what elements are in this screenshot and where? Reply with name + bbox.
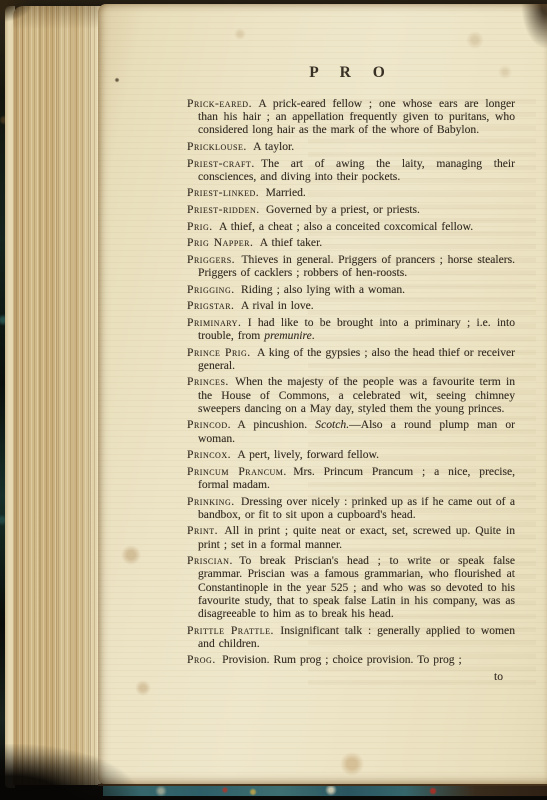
entry-definition-text: I had like to be brought into a priminar… bbox=[198, 316, 515, 342]
dictionary-entry: Priminary.I had like to be brought into … bbox=[187, 316, 515, 342]
entry-definition-text: Dressing over nicely : prinked up as if … bbox=[198, 495, 515, 521]
entry-definition-italic: Scotch. bbox=[315, 418, 349, 431]
entry-term: Print. bbox=[187, 524, 218, 537]
dictionary-entry: Prittle Prattle.Insignificant talk : gen… bbox=[187, 624, 515, 650]
dictionary-entry: Pricklouse.A taylor. bbox=[187, 140, 515, 153]
text-column: Prick-eared.A prick-eared fellow ; one w… bbox=[187, 97, 515, 683]
entry-definition-text: . bbox=[312, 329, 315, 342]
catchword: to bbox=[187, 670, 515, 683]
dictionary-entry: Princod.A pincushion. Scotch.—Also a rou… bbox=[187, 418, 515, 444]
entry-term: Priest-ridden. bbox=[187, 203, 260, 216]
dictionary-entry: Priest-linked.Married. bbox=[187, 186, 515, 199]
entry-definition-text: Provision. Rum prog ; choice provision. … bbox=[222, 653, 462, 666]
dictionary-entry: Prinking.Dressing over nicely : prinked … bbox=[187, 495, 515, 521]
entry-term: Prinking. bbox=[187, 495, 235, 508]
entry-definition-text: A thief taker. bbox=[260, 236, 322, 249]
binding-bottom-shadow bbox=[0, 744, 140, 800]
entry-definition-text: When the majesty of the people was a fav… bbox=[198, 375, 515, 414]
entry-term: Prig. bbox=[187, 220, 213, 233]
dictionary-entry: Prig.A thief, a cheat ; also a conceited… bbox=[187, 220, 515, 233]
entry-term: Prittle Prattle. bbox=[187, 624, 274, 637]
entry-term: Priscian. bbox=[187, 554, 233, 567]
entry-term: Prick-eared. bbox=[187, 97, 252, 110]
entry-definition-text: A rival in love. bbox=[241, 299, 314, 312]
entry-definition-text: Riding ; also lying with a woman. bbox=[241, 283, 405, 296]
dictionary-entry: Prig Napper.A thief taker. bbox=[187, 236, 515, 249]
entry-definition-text: A pert, lively, forward fellow. bbox=[237, 448, 379, 461]
entry-term: Priest-craft. bbox=[187, 157, 255, 170]
entry-definition-text: To break Priscian's head ; to write or s… bbox=[198, 554, 515, 620]
entry-term: Prig Napper. bbox=[187, 236, 253, 249]
entry-term: Prince Prig. bbox=[187, 346, 251, 359]
entry-definition-text: All in print ; quite neat or exact, set,… bbox=[198, 524, 515, 550]
entry-definition-text: Governed by a priest, or priests. bbox=[266, 203, 420, 216]
dictionary-entry: Priest-ridden.Governed by a priest, or p… bbox=[187, 203, 515, 216]
dictionary-page: P R O Prick-eared.A prick-eared fellow ;… bbox=[98, 4, 547, 784]
entry-term: Princum Prancum. bbox=[187, 465, 287, 478]
marbled-endpaper-strip bbox=[103, 786, 547, 796]
dictionary-entry: Prigging.Riding ; also lying with a woma… bbox=[187, 283, 515, 296]
dictionary-entries: Prick-eared.A prick-eared fellow ; one w… bbox=[187, 97, 515, 667]
entry-term: Princox. bbox=[187, 448, 231, 461]
dictionary-entry: Priggers.Thieves in general. Priggers of… bbox=[187, 253, 515, 279]
leather-corner-top-left bbox=[0, 0, 34, 22]
dictionary-entry: Prince Prig.A king of the gypsies ; also… bbox=[187, 346, 515, 372]
entry-definition-text: A thief, a cheat ; also a conceited coxc… bbox=[219, 220, 473, 233]
dictionary-entry: Print.All in print ; quite neat or exact… bbox=[187, 524, 515, 550]
page-block-fore-edge bbox=[13, 6, 101, 785]
entry-definition-text: A taylor. bbox=[253, 140, 294, 153]
entry-definition-italic: premunire bbox=[264, 329, 311, 342]
dictionary-entry: Priscian.To break Priscian's head ; to w… bbox=[187, 554, 515, 620]
dictionary-entry: Prigstar.A rival in love. bbox=[187, 299, 515, 312]
entry-term: Prigging. bbox=[187, 283, 235, 296]
entry-term: Princod. bbox=[187, 418, 231, 431]
dictionary-entry: Priest-craft.The art of awing the laity,… bbox=[187, 157, 515, 183]
running-head: P R O bbox=[182, 64, 512, 82]
entry-definition-text: A pincushion. bbox=[237, 418, 315, 431]
dictionary-entry: Princes.When the majesty of the people w… bbox=[187, 375, 515, 415]
entry-term: Princes. bbox=[187, 375, 229, 388]
entry-term: Pricklouse. bbox=[187, 140, 247, 153]
entry-term: Prigstar. bbox=[187, 299, 234, 312]
entry-term: Priest-linked. bbox=[187, 186, 259, 199]
entry-term: Prog. bbox=[187, 653, 216, 666]
dictionary-entry: Prog.Provision. Rum prog ; choice provis… bbox=[187, 653, 515, 666]
entry-definition-text: Thieves in general. Priggers of prancers… bbox=[198, 253, 515, 279]
dictionary-entry: Princum Prancum.Mrs. Princum Prancum ; a… bbox=[187, 465, 515, 491]
photograph-of-open-antique-book: P R O Prick-eared.A prick-eared fellow ;… bbox=[0, 0, 547, 800]
entry-term: Priggers. bbox=[187, 253, 235, 266]
dictionary-entry: Princox.A pert, lively, forward fellow. bbox=[187, 448, 515, 461]
dictionary-entry: Prick-eared.A prick-eared fellow ; one w… bbox=[187, 97, 515, 137]
entry-term: Priminary. bbox=[187, 316, 241, 329]
entry-definition-text: Married. bbox=[266, 186, 306, 199]
